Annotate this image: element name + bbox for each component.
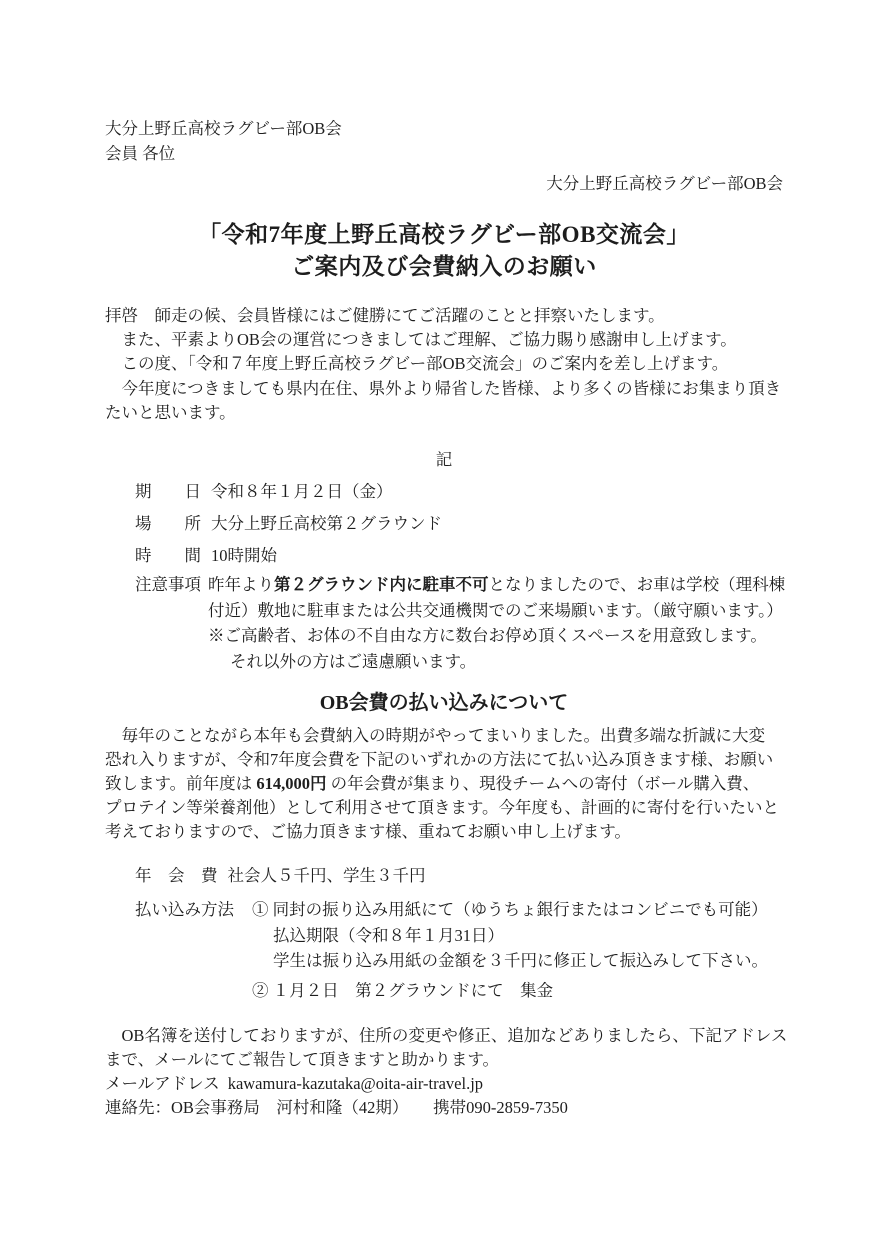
payment-method2: ② １月２日 第２グラウンドにて 集金 (252, 978, 768, 1004)
contact-line: 連絡先：OB会事務局 河村和隆（42期） 携帯090-2859-7350 (105, 1096, 783, 1120)
detail-row-place: 場 所大分上野丘高校第２グラウンド (105, 512, 783, 536)
email-address: kawamura-kazutaka@oita-air-travel.jp (228, 1074, 483, 1093)
caution-line1-pre: 昨年より (208, 575, 274, 594)
caution-body: 昨年より第２グラウンド内に駐車不可となりましたので、お車は学校（理科棟 付近）敷… (208, 572, 785, 674)
fees-line4: プロテイン等栄養剤他）として利用させて頂きます。今年度も、計画的に寄付を行いたい… (105, 796, 783, 820)
greeting-line: 今年度につきましても県内在住、県外より帰省した皆様、より多くの皆様にお集まり頂き (105, 377, 783, 401)
caution-block: 注意事項 昨年より第２グラウンド内に駐車不可となりましたので、お車は学校（理科棟… (105, 572, 783, 674)
caution-line4: それ以外の方はご遠慮願います。 (208, 649, 785, 675)
fees-line1: 毎年のことながら本年も会費納入の時期がやってまいりました。出費多端な折誠に大変 (105, 724, 783, 748)
greeting-line: たいと思います。 (105, 401, 783, 425)
payment-method-body: ① 同封の振り込み用紙にて（ゆうちょ銀行またはコンビニでも可能） 払込期限（令和… (252, 897, 768, 1003)
fees-line3-post: の年会費が集まり、現役チームへの寄付（ボール購入費、 (326, 774, 759, 793)
payment-method1-note: 学生は振り込み用紙の金額を３千円に修正して振込みして下さい。 (252, 948, 768, 974)
fees-line3-amount: 614,000円 (256, 774, 326, 793)
greeting-line: また、平素よりOB会の運営につきましてはご理解、ご協力賜り感謝申し上げます。 (105, 328, 783, 352)
fees-line5: 考えておりますので、ご協力頂きます様、重ねてお願い申し上げます。 (105, 820, 783, 844)
email-line: メールアドレスkawamura-kazutaka@oita-air-travel… (105, 1072, 783, 1096)
annual-fee-value: 社会人５千円、学生３千円 (228, 866, 426, 885)
addressee-org: 大分上野丘高校ラグビー部OB会 (105, 116, 783, 141)
payment-method-block: 払い込み方法 ① 同封の振り込み用紙にて（ゆうちょ銀行またはコンビニでも可能） … (105, 897, 783, 1003)
detail-value-place: 大分上野丘高校第２グラウンド (211, 514, 442, 533)
payment-method1-deadline: 払込期限（令和８年１月31日） (252, 923, 768, 949)
document-title-line2: ご案内及び会費納入のお願い (105, 251, 783, 283)
caution-line1-bold: 第２グラウンド内に駐車不可 (274, 575, 489, 594)
roster-line1: OB名簿を送付しておりますが、住所の変更や修正、追加などありましたら、下記アドレ… (105, 1024, 783, 1048)
addressee-block: 大分上野丘高校ラグビー部OB会 会員 各位 (105, 116, 783, 166)
payment-method-label: 払い込み方法 (135, 897, 234, 1003)
annual-fee-row: 年 会 費社会人５千円、学生３千円 (105, 864, 783, 888)
caution-line1-post: となりましたので、お車は学校（理科棟 (489, 575, 786, 594)
document-page: 大分上野丘高校ラグビー部OB会 会員 各位 大分上野丘高校ラグビー部OB会 「令… (0, 0, 883, 1250)
detail-value-time: 10時開始 (211, 546, 277, 565)
caution-line1: 昨年より第２グラウンド内に駐車不可となりましたので、お車は学校（理科棟 (208, 572, 785, 598)
caution-line2: 付近）敷地に駐車または公共交通機関でのご来場願います。（厳守願います。） (208, 598, 785, 624)
document-title: 「令和7年度上野丘高校ラグビー部OB交流会」 ご案内及び会費納入のお願い (105, 219, 783, 283)
detail-row-date: 期 日令和８年１月２日（金） (105, 480, 783, 504)
sender-org: 大分上野丘高校ラグビー部OB会 (105, 171, 783, 196)
ki-marker: 記 (105, 448, 783, 472)
fees-paragraph: 毎年のことながら本年も会費納入の時期がやってまいりました。出費多端な折誠に大変 … (105, 724, 783, 844)
fees-line3-pre: 致します。前年度は (105, 774, 256, 793)
detail-label-date: 期 日 (135, 480, 201, 504)
roster-line2: まで、メールにてご報告して頂きますと助かります。 (105, 1048, 783, 1072)
detail-label-place: 場 所 (135, 512, 201, 536)
addressee-members: 会員 各位 (105, 141, 783, 166)
detail-row-time: 時 間10時開始 (105, 544, 783, 568)
annual-fee-label: 年 会 費 (135, 864, 218, 888)
caution-label: 注意事項 (135, 572, 201, 674)
greeting-line: 拝啓 師走の候、会員皆様にはご健勝にてご活躍のことと拝察いたします。 (105, 304, 783, 328)
document-title-line1: 「令和7年度上野丘高校ラグビー部OB交流会」 (105, 219, 783, 251)
caution-line3: ※ご高齢者、お体の不自由な方に数台お停め頂くスペースを用意致します。 (208, 623, 785, 649)
greeting-line: この度、「令和７年度上野丘高校ラグビー部OB交流会」のご案内を差し上げます。 (105, 352, 783, 376)
detail-label-time: 時 間 (135, 544, 201, 568)
payment-method1: ① 同封の振り込み用紙にて（ゆうちょ銀行またはコンビニでも可能） (252, 897, 768, 923)
email-label: メールアドレス (105, 1074, 220, 1093)
fees-line2: 恐れ入りますが、令和7年度会費を下記のいずれかの方法にて払い込み頂きます様、お願… (105, 748, 783, 772)
roster-paragraph: OB名簿を送付しておりますが、住所の変更や修正、追加などありましたら、下記アドレ… (105, 1024, 783, 1072)
detail-value-date: 令和８年１月２日（金） (211, 482, 393, 501)
greeting-paragraph: 拝啓 師走の候、会員皆様にはご健勝にてご活躍のことと拝察いたします。 また、平素… (105, 304, 783, 425)
fees-line3: 致します。前年度は 614,000円 の年会費が集まり、現役チームへの寄付（ボー… (105, 772, 783, 796)
fees-heading: OB会費の払い込みについて (105, 690, 783, 716)
